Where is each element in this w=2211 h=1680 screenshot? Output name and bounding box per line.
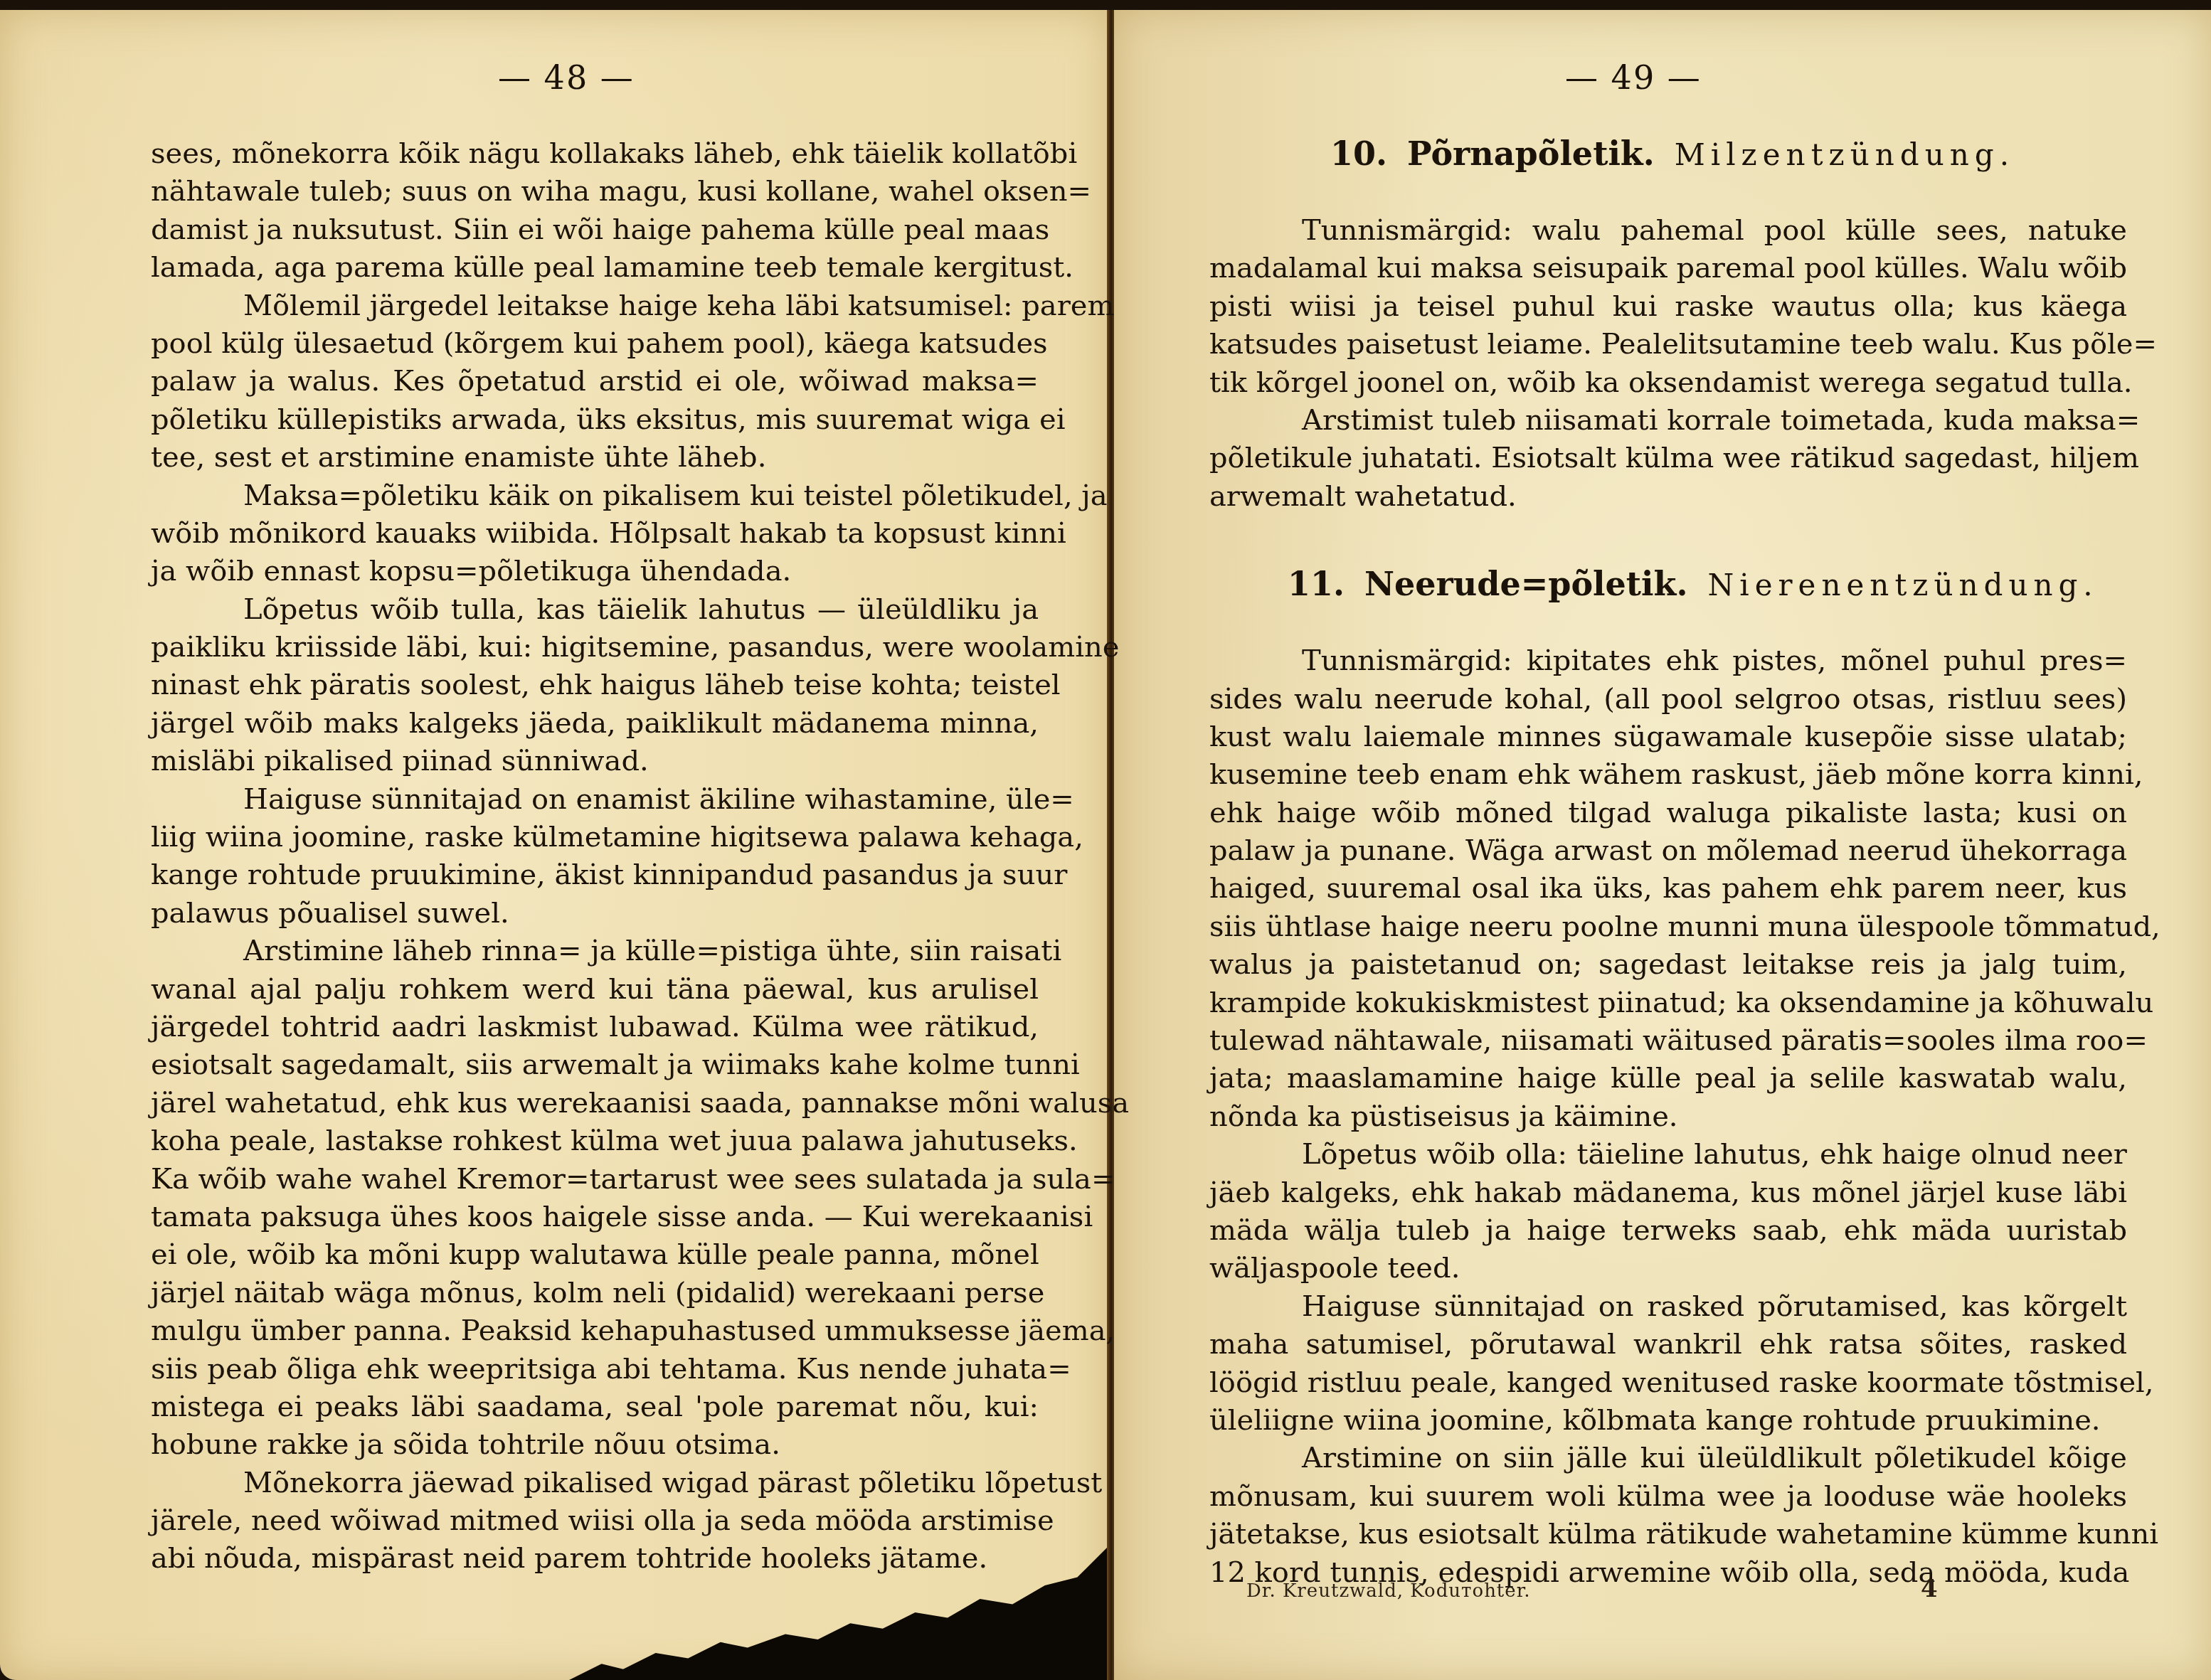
text-line: Lõpetus wõib olla: täieline lahutus, ehk…	[1209, 1136, 2127, 1174]
text-line: järgel wõib maks kalgeks jäeda, paikliku…	[151, 705, 1039, 743]
text-line: esiotsalt sagedamalt, siis arwemalt ja w…	[151, 1046, 1039, 1084]
section-german-title: Milzentzündung.	[1675, 136, 2015, 174]
text-line: Tunnismärgid: walu pahemal pool külle se…	[1209, 212, 2127, 250]
heading-gap	[1209, 622, 2127, 642]
text-line: palawus põualisel suwel.	[151, 895, 1039, 932]
text-line: paikliku kriisside läbi, kui: higitsemin…	[151, 629, 1039, 666]
text-line: palaw ja punane. Wäga arwast on mõlemad …	[1209, 832, 2127, 870]
text-line: kust walu laiemale minnes sügawamale kus…	[1209, 718, 2127, 756]
text-line: maha satumisel, põrutawal wankril ehk ra…	[1209, 1326, 2127, 1363]
text-line: üleliigne wiina joomine, kõlbmata kange …	[1209, 1402, 2127, 1440]
left-page-text: sees, mõnekorra kõik nägu kollakaks lähe…	[151, 135, 1039, 1578]
text-line: järele, need wõiwad mitmed wiisi olla ja…	[151, 1502, 1039, 1540]
text-line: Haiguse sünnitajad on rasked põrutamised…	[1209, 1288, 2127, 1326]
text-line: Maksa=põletiku käik on pikalisem kui tei…	[151, 477, 1039, 515]
text-line: pisti wiisi ja teisel puhul kui raske wa…	[1209, 288, 2127, 326]
text-line: Arstimine läheb rinna= ja külle=pistiga …	[151, 932, 1039, 970]
text-line: arwemalt wahetatud.	[1209, 478, 2127, 516]
text-line: ehk haige wõib mõned tilgad waluga pikal…	[1209, 794, 2127, 832]
text-line: tee, sest et arstimine enamiste ühte läh…	[151, 439, 1039, 477]
text-line: katsudes paisetust leiame. Pealelitsutam…	[1209, 326, 2127, 363]
text-line: siis peab õliga ehk weepritsiga abi teht…	[151, 1351, 1039, 1388]
text-line: Mõlemil järgedel leitakse haige keha läb…	[151, 287, 1039, 325]
text-line: Tunnismärgid: kipitates ehk pistes, mõne…	[1209, 642, 2127, 680]
page-number-right: — 49 —	[1565, 58, 1702, 97]
section-title: Põrnapõletik.	[1407, 135, 1655, 173]
text-line: lamada, aga parema külle peal lamamine t…	[151, 249, 1039, 287]
text-line: Mõnekorra jäewad pikalised wigad pärast …	[151, 1464, 1039, 1502]
text-line: sees, mõnekorra kõik nägu kollakaks lähe…	[151, 135, 1039, 173]
section-number: 10.	[1330, 135, 1387, 173]
text-line: abi nõuda, mispärast neid parem tohtride…	[151, 1540, 1039, 1578]
text-line: kusemine teeb enam ehk wähem raskust, jä…	[1209, 756, 2127, 794]
text-line: järjel näitab wäga mõnus, kolm neli (pid…	[151, 1275, 1039, 1312]
text-line: ja wõib ennast kopsu=põletikuga ühendada…	[151, 553, 1039, 590]
footer-signature: Dr. Kreutzwald, Koduтohter.	[1246, 1580, 1531, 1602]
text-line: nähtawale tuleb; suus on wiha magu, kusi…	[151, 173, 1039, 211]
section-heading: 10.Põrnapõletik.Milzentzündung.	[1209, 135, 2127, 192]
text-line: Haiguse sünnitajad on enamist äkiline wi…	[151, 781, 1039, 819]
text-line: mistega ei peaks läbi saadama, seal 'pol…	[151, 1388, 1039, 1426]
heading-gap	[1209, 192, 2127, 212]
right-page-text: 10.Põrnapõletik.Milzentzündung.Tunnismär…	[1209, 135, 2127, 1592]
text-line: krampide kokukiskmistest piinatud; ka ok…	[1209, 984, 2127, 1022]
text-line: misläbi pikalised piinad sünniwad.	[151, 743, 1039, 780]
section-spacer	[1209, 516, 2127, 565]
text-line: järel wahetatud, ehk kus werekaanisi saa…	[151, 1085, 1039, 1122]
text-line: löögid ristluu peale, kanged wenitused r…	[1209, 1364, 2127, 1402]
section-title: Neerude=põletik.	[1364, 565, 1687, 603]
text-line: wõib mõnikord kauaks wiibida. Hõlpsalt h…	[151, 515, 1039, 553]
text-line: Arstimine on siin jälle kui üleüldlikult…	[1209, 1440, 2127, 1477]
text-line: mulgu ümber panna. Peaksid kehapuhastuse…	[151, 1312, 1039, 1350]
section-number: 11.	[1288, 565, 1345, 603]
text-line: wäljaspoole teed.	[1209, 1250, 2127, 1287]
text-line: walus ja paistetanud on; sagedast leitak…	[1209, 946, 2127, 984]
text-line: nõnda ka püstiseisus ja käimine.	[1209, 1098, 2127, 1136]
section-heading: 11.Neerude=põletik.Nierenentzündung.	[1209, 565, 2127, 622]
text-line: jäeb kalgeks, ehk hakab mädanema, kus mõ…	[1209, 1174, 2127, 1212]
text-line: siis ühtlase haige neeru poolne munni mu…	[1209, 908, 2127, 946]
text-line: wanal ajal palju rohkem werd kui täna pä…	[151, 971, 1039, 1009]
section-german-title: Nierenentzündung.	[1707, 566, 2098, 604]
text-line: järgedel tohtrid aadri laskmist lubawad.…	[151, 1009, 1039, 1046]
text-line: tik kõrgel joonel on, wõib ka oksendamis…	[1209, 364, 2127, 402]
text-line: Ka wõib wahe wahel Kremor=tartarust wee …	[151, 1161, 1039, 1198]
text-line: Arstimist tuleb niisamati korrale toimet…	[1209, 402, 2127, 440]
text-line: pool külg ülesaetud (kõrgem kui pahem po…	[151, 325, 1039, 363]
text-line: mõnusam, kui suurem woli külma wee ja lo…	[1209, 1478, 2127, 1516]
text-line: damist ja nuksutust. Siin ei wõi haige p…	[151, 211, 1039, 249]
text-line: tulewad nähtawale, niisamati wäitused pä…	[1209, 1022, 2127, 1060]
text-line: sides walu neerude kohal, (all pool selg…	[1209, 681, 2127, 718]
text-line: Lõpetus wõib tulla, kas täielik lahutus …	[151, 591, 1039, 629]
text-line: ei ole, wõib ka mõni kupp walutawa külle…	[151, 1236, 1039, 1274]
text-line: palaw ja walus. Kes õpetatud arstid ei o…	[151, 363, 1039, 400]
text-line: liig wiina joomine, raske külmetamine hi…	[151, 819, 1039, 856]
text-line: ninast ehk päratis soolest, ehk haigus l…	[151, 666, 1039, 704]
text-line: haiged, suuremal osal ika üks, kas pahem…	[1209, 870, 2127, 908]
text-line: hobune rakke ja sõida tohtrile nõuu otsi…	[151, 1426, 1039, 1464]
text-line: madalamal kui maksa seisupaik paremal po…	[1209, 250, 2127, 287]
text-line: tamata paksuga ühes koos haigele sisse a…	[151, 1198, 1039, 1236]
text-line: põletikule juhatati. Esiotsalt külma wee…	[1209, 440, 2127, 477]
text-line: jätetakse, kus esiotsalt külma rätikude …	[1209, 1516, 2127, 1553]
text-line: mäda wälja tuleb ja haige terweks saab, …	[1209, 1212, 2127, 1250]
page-number-left: — 48 —	[498, 58, 635, 97]
sheet-signature-number: 4	[1921, 1575, 1938, 1603]
text-line: kange rohtude pruukimine, äkist kinnipan…	[151, 856, 1039, 894]
text-line: jata; maaslamamine haige külle peal ja s…	[1209, 1060, 2127, 1097]
text-line: põletiku küllepistiks arwada, üks eksitu…	[151, 401, 1039, 439]
text-line: koha peale, lastakse rohkest külma wet j…	[151, 1122, 1039, 1160]
